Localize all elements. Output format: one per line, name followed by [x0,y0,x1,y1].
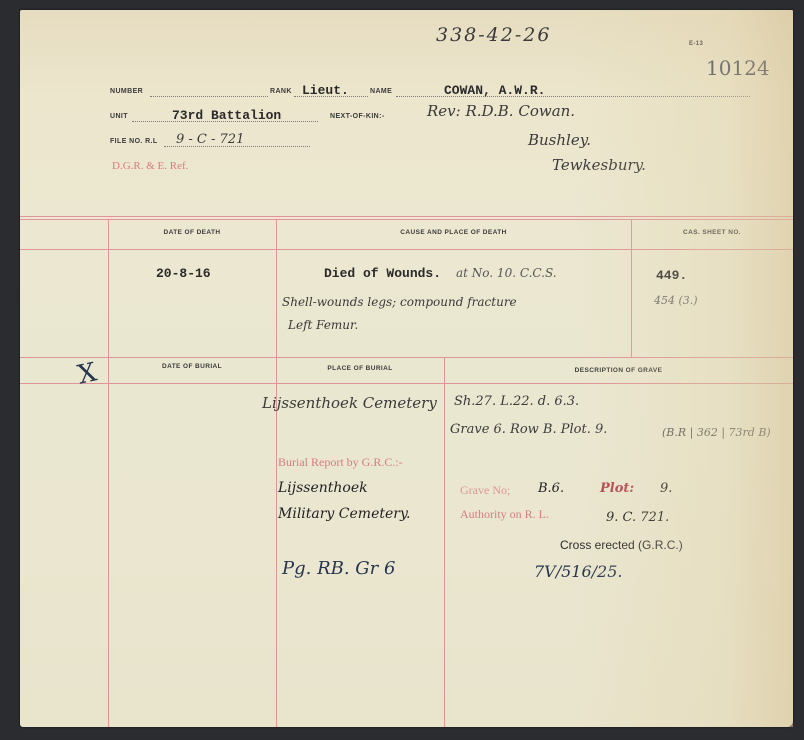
plot-label: Plot: [600,481,634,496]
grave-description-2: Grave 6. Row B. Plot. 9. [450,422,607,437]
unit-label: Unit [110,113,128,120]
cross-erected: Cross erected (G.R.C.) [560,538,683,552]
rule-death-header [20,249,793,250]
report-place-1: Lijssenthoek [278,480,368,496]
authority-value: 9. C. 721. [606,510,669,525]
rule-col-grave [444,357,445,727]
grave-description-bracket: (B.R | 362 | 73rd B) [662,426,771,439]
cas-sheet-alt: 454 (3.) [654,294,698,307]
margin-cross-mark: X [75,357,99,390]
burial-report-label: Burial Report by G.R.C.:- [278,455,403,470]
rule-top-2 [20,219,793,220]
rank-value: Lieut. [302,83,349,98]
rank-label: Rank [270,88,292,95]
rule-top-1 [20,216,793,217]
next-of-kin-line-3: Tewkesbury. [552,156,646,174]
cause-detail-1: Shell-wounds legs; compound fracture [282,295,517,309]
unit-value: 73rd Battalion [172,108,281,123]
name-value: COWAN, A.W.R. [444,83,545,98]
next-of-kin-line-1: Rev: R.D.B. Cowan. [427,102,575,120]
rule-death-bottom [20,357,793,358]
file-no-label: File No. R.L [110,138,158,145]
cause-of-death: Died of Wounds. [324,266,441,281]
name-row: Number Rank Lieut. Name COWAN, A.W.R. [110,84,750,100]
col-date-of-death: Date of Death [108,229,276,236]
form-code: E-13 [689,41,703,47]
number-label: Number [110,88,143,95]
file-no-row: File No. R.L 9 - C - 721 [110,134,310,150]
plot-value: 9. [660,481,672,496]
cas-sheet-no: 449. [656,268,687,283]
rule-col-2 [276,219,277,727]
col-cause-place-death: Cause and Place of Death [276,229,631,236]
place-of-burial: Lijssenthoek Cemetery [262,394,437,412]
col-date-of-burial: Date of Burial [108,363,276,370]
authority-label: Authority on R. L. [460,507,549,522]
record-card: 338-42-26 E-13 10124 Number Rank Lieut. … [20,10,793,727]
next-of-kin-line-2: Bushley. [528,131,591,149]
grave-description-1: Sh.27. L.22. d. 6.3. [454,394,579,409]
pencil-note: Pg. RB. Gr 6 [282,558,395,579]
col-description-of-grave: Description of Grave [444,367,793,374]
report-place-2: Military Cemetery. [278,506,410,522]
name-label: Name [370,88,392,95]
pencil-date: 7V/516/25. [534,562,623,581]
grave-no-value: B.6. [538,481,564,496]
col-cas-sheet: Cas. Sheet No. [631,229,793,236]
file-no-value: 9 - C - 721 [176,132,244,147]
grave-no-label: Grave No; [460,483,510,498]
rule-col-1 [108,219,109,727]
number-field [150,96,268,97]
rule-burial-header [20,383,793,384]
dgr-ref-label: D.G.R. & E. Ref. [112,160,188,172]
rule-col-3 [631,219,632,357]
next-of-kin-label: Next-of-Kin:- [330,113,385,120]
place-of-death: at No. 10. C.C.S. [456,266,557,280]
reference-number: 338-42-26 [436,24,551,46]
cause-detail-2: Left Femur. [288,318,358,332]
col-place-of-burial: Place of Burial [276,365,444,372]
card-number: 10124 [706,56,770,80]
date-of-death: 20-8-16 [156,266,211,281]
